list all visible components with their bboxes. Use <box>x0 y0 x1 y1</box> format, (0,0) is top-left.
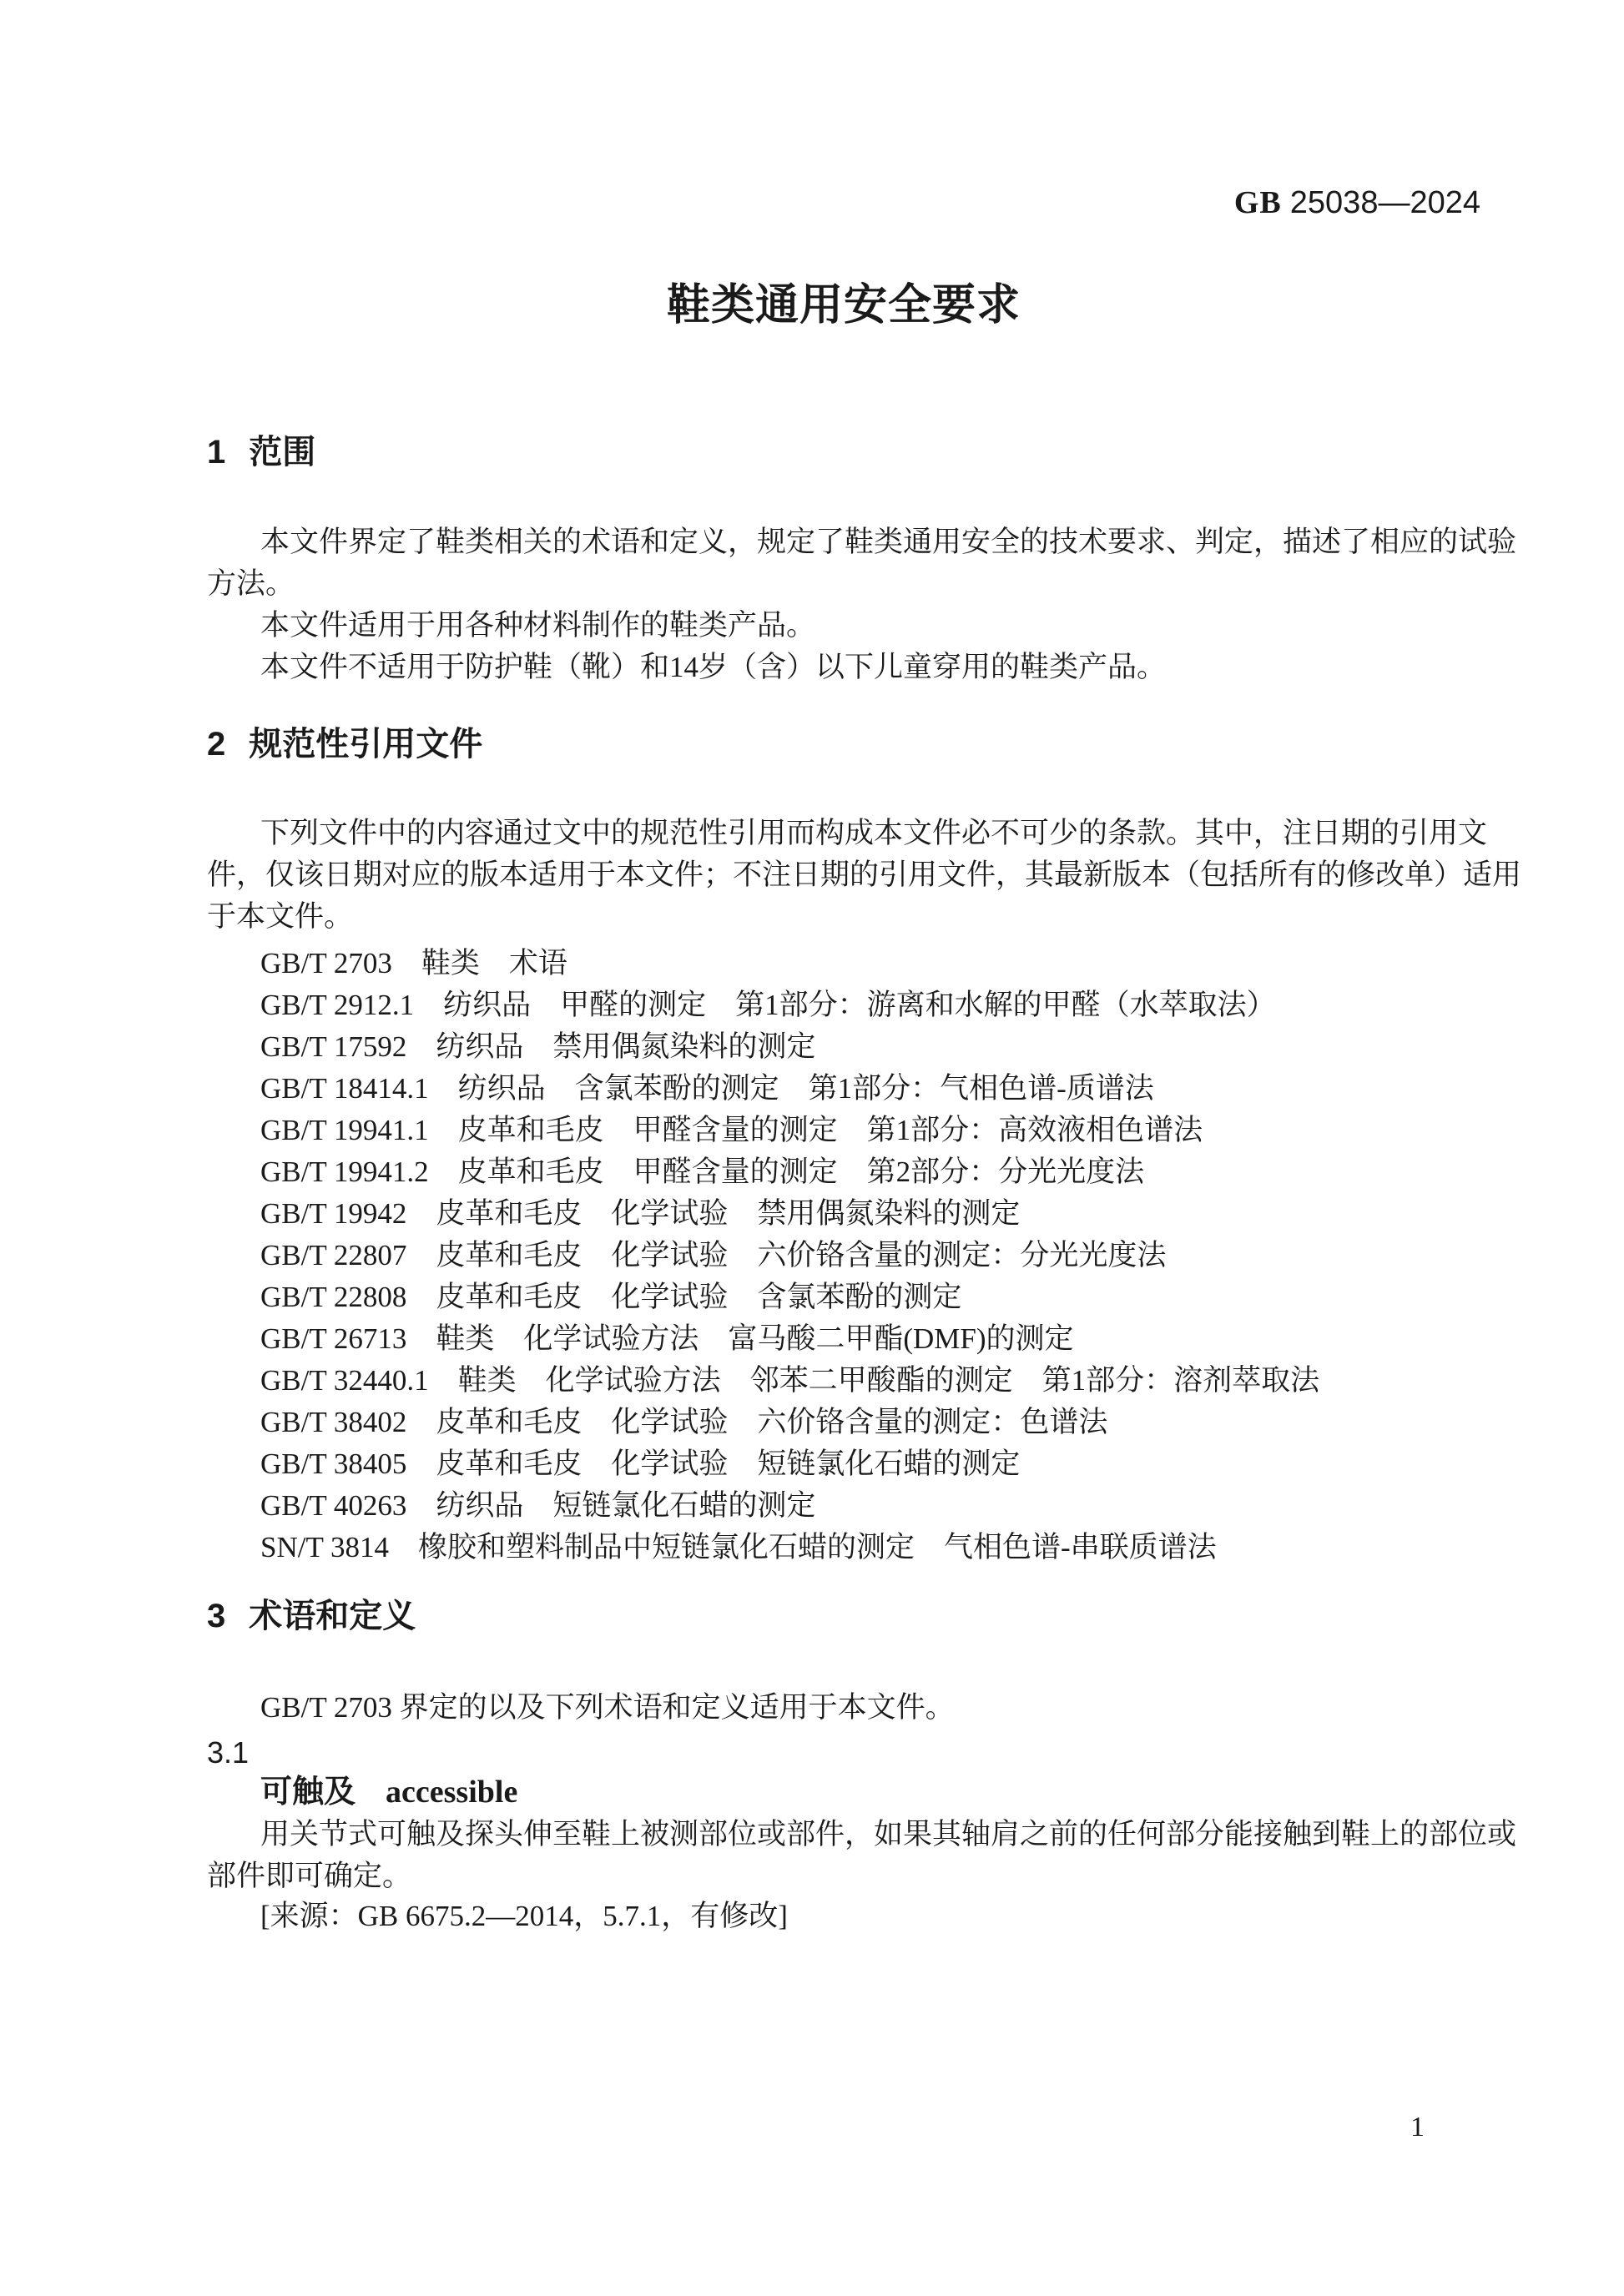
term-definition: 用关节式可触及探头伸至鞋上被测部位或部件，如果其轴肩之前的任何部分能接触到鞋上的… <box>207 1814 1480 1897</box>
paragraph-line: 件，仅该日期对应的版本适用于本文件；不注日期的引用文件，其最新版本（包括所有的修… <box>207 854 1480 896</box>
reference-item: GB/T 38405 皮革和毛皮 化学试验 短链氯化石蜡的测定 <box>207 1443 1480 1485</box>
term-number: 3.1 <box>207 1733 249 1773</box>
standard-prefix: GB <box>1234 185 1282 220</box>
clause-2-heading: 2规范性引用文件 <box>207 724 1480 764</box>
reference-item: GB/T 19942 皮革和毛皮 化学试验 禁用偶氮染料的测定 <box>207 1193 1480 1235</box>
reference-item: SN/T 3814 橡胶和塑料制品中短链氯化石蜡的测定 气相色谱-串联质谱法 <box>207 1527 1480 1568</box>
paragraph-line: GB/T 2703 界定的以及下列术语和定义适用于本文件。 <box>207 1687 1480 1729</box>
clause-1-number: 1 <box>207 432 225 472</box>
paragraph-line: 本文件适用于用各种材料制作的鞋类产品。 <box>207 605 1480 647</box>
normative-references-intro: 下列文件中的内容通过文中的规范性引用而构成本文件必不可少的条款。其中，注日期的引… <box>207 813 1480 938</box>
reference-item: GB/T 22807 皮革和毛皮 化学试验 六价铬含量的测定：分光光度法 <box>207 1235 1480 1276</box>
clause-3-heading: 3术语和定义 <box>207 1596 1480 1636</box>
clause-3-title: 术语和定义 <box>249 1598 416 1634</box>
scope-paragraph-3: 本文件不适用于防护鞋（靴）和14岁（含）以下儿童穿用的鞋类产品。 <box>207 647 1480 688</box>
clause-1-title: 范围 <box>249 434 315 471</box>
standard-number: GB25038—2024 <box>207 185 1480 220</box>
term-chinese: 可触及 <box>260 1775 356 1810</box>
paragraph-line: 本文件不适用于防护鞋（靴）和14岁（含）以下儿童穿用的鞋类产品。 <box>207 647 1480 688</box>
page-number: 1 <box>1410 2111 1425 2144</box>
reference-item: GB/T 32440.1 鞋类 化学试验方法 邻苯二甲酸酯的测定 第1部分：溶剂… <box>207 1360 1480 1402</box>
term-source: [来源：GB 6675.2—2014，5.7.1，有修改] <box>207 1896 1480 1937</box>
clause-2-title: 规范性引用文件 <box>249 726 482 763</box>
reference-item: GB/T 40263 纺织品 短链氯化石蜡的测定 <box>207 1485 1480 1527</box>
reference-list: GB/T 2703 鞋类 术语 GB/T 2912.1 纺织品 甲醛的测定 第1… <box>207 943 1480 1568</box>
reference-item: GB/T 18414.1 纺织品 含氯苯酚的测定 第1部分：气相色谱-质谱法 <box>207 1068 1480 1110</box>
paragraph-line: 本文件界定了鞋类相关的术语和定义，规定了鞋类通用安全的技术要求、判定，描述了相应… <box>207 521 1480 563</box>
terms-intro: GB/T 2703 界定的以及下列术语和定义适用于本文件。 <box>207 1687 1480 1729</box>
term-english: accessible <box>386 1775 517 1810</box>
paragraph-line: 于本文件。 <box>207 896 1480 938</box>
paragraph-line: 下列文件中的内容通过文中的规范性引用而构成本文件必不可少的条款。其中，注日期的引… <box>207 813 1480 854</box>
reference-item: GB/T 19941.1 皮革和毛皮 甲醛含量的测定 第1部分：高效液相色谱法 <box>207 1110 1480 1151</box>
reference-item: GB/T 22808 皮革和毛皮 化学试验 含氯苯酚的测定 <box>207 1276 1480 1318</box>
paragraph-line: 方法。 <box>207 563 1480 605</box>
document-page: GB25038—2024 鞋类通用安全要求 1范围 本文件界定了鞋类相关的术语和… <box>0 0 1624 2296</box>
reference-item: GB/T 17592 纺织品 禁用偶氮染料的测定 <box>207 1026 1480 1068</box>
standard-code: 25038—2024 <box>1290 185 1480 220</box>
reference-item: GB/T 2912.1 纺织品 甲醛的测定 第1部分：游离和水解的甲醛（水萃取法… <box>207 984 1480 1026</box>
reference-item: GB/T 26713 鞋类 化学试验方法 富马酸二甲酯(DMF)的测定 <box>207 1318 1480 1360</box>
reference-item: GB/T 2703 鞋类 术语 <box>207 943 1480 984</box>
clause-2-number: 2 <box>207 724 225 764</box>
scope-paragraph-1: 本文件界定了鞋类相关的术语和定义，规定了鞋类通用安全的技术要求、判定，描述了相应… <box>207 521 1480 605</box>
paragraph-line: 用关节式可触及探头伸至鞋上被测部位或部件，如果其轴肩之前的任何部分能接触到鞋上的… <box>207 1814 1480 1855</box>
clause-3-number: 3 <box>207 1596 225 1636</box>
reference-item: GB/T 38402 皮革和毛皮 化学试验 六价铬含量的测定：色谱法 <box>207 1402 1480 1443</box>
paragraph-line: 部件即可确定。 <box>207 1855 1480 1897</box>
source-line: [来源：GB 6675.2—2014，5.7.1，有修改] <box>207 1896 1480 1937</box>
clause-1-heading: 1范围 <box>207 432 1480 472</box>
scope-paragraph-2: 本文件适用于用各种材料制作的鞋类产品。 <box>207 605 1480 647</box>
reference-item: GB/T 19941.2 皮革和毛皮 甲醛含量的测定 第2部分：分光光度法 <box>207 1151 1480 1193</box>
term-entry: 可触及accessible <box>260 1772 517 1812</box>
document-title: 鞋类通用安全要求 <box>207 280 1480 330</box>
